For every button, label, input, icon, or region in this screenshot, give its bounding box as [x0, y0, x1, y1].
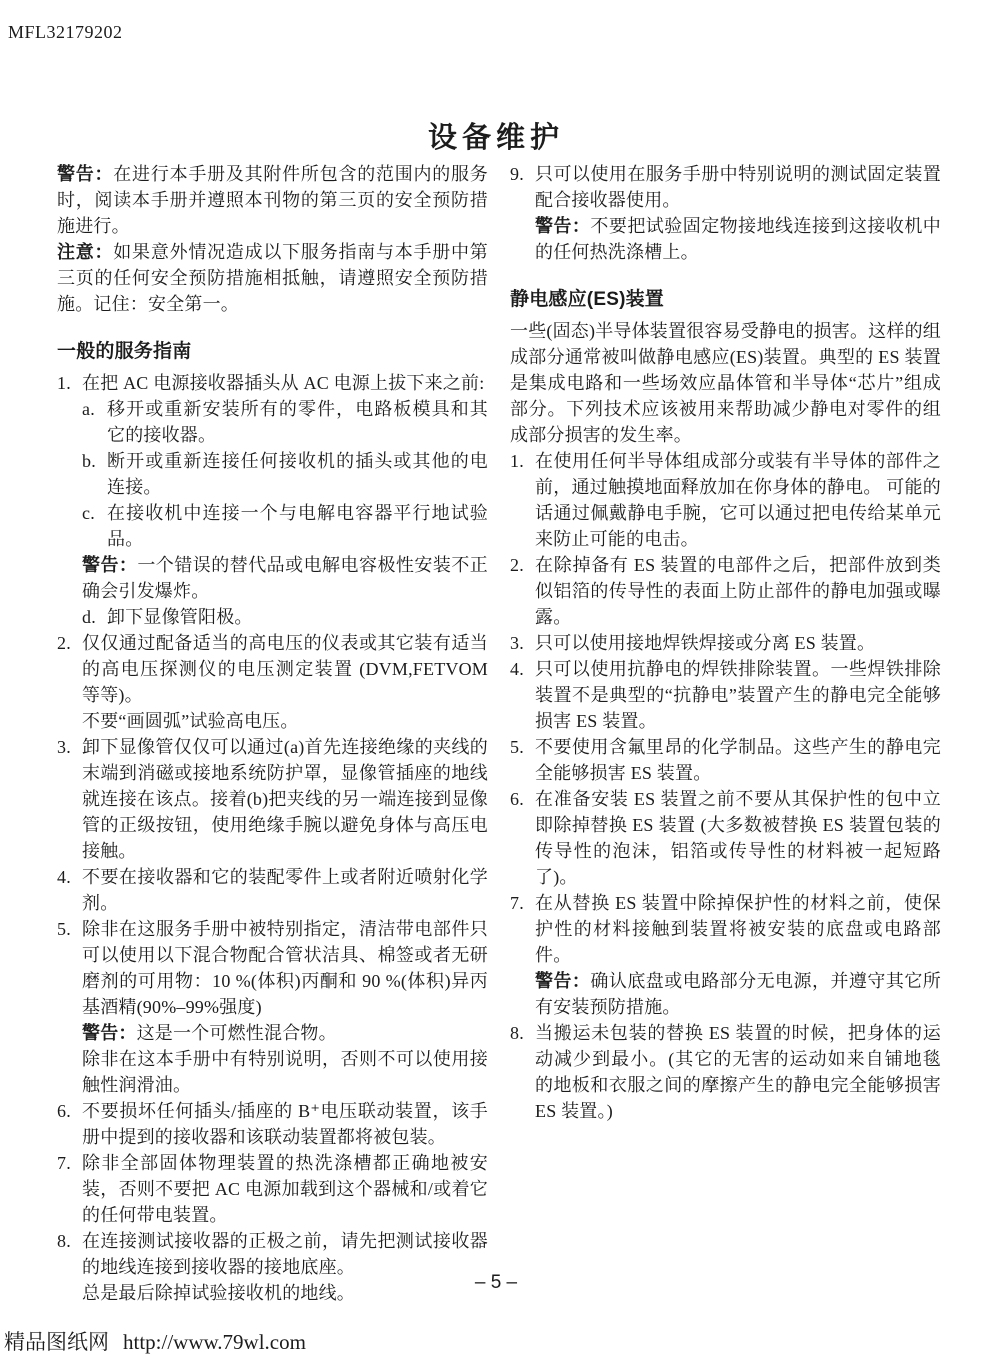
- item-text: 除非在这服务手册中被特别指定，清洁带电部件只可以使用以下混合物配合管状洁具、棉签…: [82, 919, 488, 1017]
- continuation-text: 不要“画圆弧”试验高电压。: [82, 711, 299, 731]
- notice-text: 如果意外情况造成以下服务指南与本手册中第三页的任何安全预防措施相抵触，请遵照安全…: [57, 242, 488, 314]
- subitem-text: 在接收机中连接一个与电解电容器平行地试验品。: [107, 503, 488, 549]
- list-item: 6. 不要损坏任何插头/插座的 B⁺电压联动装置，该手册中提到的接收器和该联动装…: [57, 1098, 488, 1150]
- subitem-letter: d.: [82, 604, 96, 630]
- warning-text: 确认底盘或电路部分无电源，并遵守其它所有安装预防措施。: [535, 971, 941, 1017]
- list-item: 4. 不要在接收器和它的装配零件上或者附近喷射化学剂。: [57, 864, 488, 916]
- page-title: 设备维护: [0, 115, 992, 156]
- item-number: 8.: [510, 1020, 524, 1046]
- page-number: – 5 –: [0, 1272, 992, 1294]
- item-number: 3.: [510, 630, 524, 656]
- list-subitem: a. 移开或重新安装所有的零件，电路板模具和其它的接收器。: [57, 396, 488, 448]
- list-item: 8. 当搬运未包装的替换 ES 装置的时候，把身体的运动减少到最小。(其它的无害…: [510, 1020, 941, 1124]
- item-number: 2.: [57, 630, 71, 656]
- item-number: 6.: [510, 786, 524, 812]
- list-item: 5. 除非在这服务手册中被特别指定，清洁带电部件只可以使用以下混合物配合管状洁具…: [57, 916, 488, 1020]
- list-item: 6. 在准备安装 ES 装置之前不要从其保护性的包中立即除掉替换 ES 装置 (…: [510, 786, 941, 890]
- left-column: 警告：在进行本手册及其附件所包含的范围内的服务时，阅读本手册并遵照本刊物的第三页…: [57, 161, 488, 1306]
- warning-text: 不要把试验固定物接地线连接到这接收机中的任何热洗涤槽上。: [535, 216, 941, 262]
- section-heading-general-service: 一般的服务指南: [57, 339, 488, 365]
- list-item: 1. 在把 AC 电源接收器插头从 AC 电源上拔下来之前:: [57, 370, 488, 396]
- item-text: 在准备安装 ES 装置之前不要从其保护性的包中立即除掉替换 ES 装置 (大多数…: [535, 789, 941, 887]
- watermark-footer: 精品图纸网http://www.79wl.com: [4, 1326, 306, 1356]
- item-text: 在把 AC 电源接收器插头从 AC 电源上拔下来之前:: [82, 373, 484, 393]
- list-item: 9. 只可以使用在服务手册中特别说明的测试固定装置配合接收器使用。: [510, 161, 941, 213]
- item-number: 6.: [57, 1098, 71, 1124]
- item-text: 在除掉备有 ES 装置的电部件之后，把部件放到类似铝箔的传导性的表面上防止部件的…: [535, 555, 941, 627]
- item-text: 只可以使用接地焊铁焊接或分离 ES 装置。: [535, 633, 875, 653]
- item-number: 1.: [57, 370, 71, 396]
- inline-warning: 警告：一个错误的替代品或电解电容极性安装不正确会引发爆炸。: [57, 552, 488, 604]
- item-number: 5.: [57, 916, 71, 942]
- warning-label: 警告：: [535, 216, 590, 236]
- list-item: 5. 不要使用含氟里昂的化学制品。这些产生的静电完全能够损害 ES 装置。: [510, 734, 941, 786]
- item-text: 在使用任何半导体组成部分或装有半导体的部件之前，通过触摸地面释放加在你身体的静电…: [535, 451, 941, 549]
- item-text: 卸下显像管仅仅可以通过(a)首先连接绝缘的夹线的末端到消磁或接地系统防护罩，显像…: [82, 737, 488, 861]
- inline-warning: 警告：确认底盘或电路部分无电源，并遵守其它所有安装预防措施。: [510, 968, 941, 1020]
- warning-text: 这是一个可燃性混合物。: [137, 1023, 337, 1043]
- item-text: 不要使用含氟里昂的化学制品。这些产生的静电完全能够损害 ES 装置。: [535, 737, 941, 783]
- list-subitem: b. 断开或重新连接任何接收机的插头或其他的电连接。: [57, 448, 488, 500]
- item-text: 除非全部固体物理装置的热洗涤槽都正确地被安装，否则不要把 AC 电源加载到这个器…: [82, 1153, 488, 1225]
- footer-site-name: 精品图纸网: [4, 1331, 109, 1354]
- item-number: 4.: [57, 864, 71, 890]
- warning-label: 警告：: [82, 555, 137, 575]
- item-text: 不要损坏任何插头/插座的 B⁺电压联动装置，该手册中提到的接收器和该联动装置都将…: [82, 1101, 488, 1147]
- intro-warning-paragraph: 警告：在进行本手册及其附件所包含的范围内的服务时，阅读本手册并遵照本刊物的第三页…: [57, 161, 488, 239]
- item-text: 不要在接收器和它的装配零件上或者附近喷射化学剂。: [82, 867, 488, 913]
- subitem-letter: a.: [82, 396, 95, 422]
- es-intro-paragraph: 一些(固态)半导体装置很容易受静电的损害。这样的组成部分通常被叫做静电感应(ES…: [510, 318, 941, 448]
- item-text: 只可以使用在服务手册中特别说明的测试固定装置配合接收器使用。: [535, 164, 941, 210]
- list-item: 7. 在从替换 ES 装置中除掉保护性的材料之前，使保护性的材料接触到装置将被安…: [510, 890, 941, 968]
- list-item: 3. 只可以使用接地焊铁焊接或分离 ES 装置。: [510, 630, 941, 656]
- subitem-letter: b.: [82, 448, 96, 474]
- subitem-text: 卸下显像管阳极。: [107, 607, 253, 627]
- inline-warning: 警告：这是一个可燃性混合物。: [57, 1020, 488, 1046]
- intro-notice-paragraph: 注意：如果意外情况造成以下服务指南与本手册中第三页的任何安全预防措施相抵触，请遵…: [57, 239, 488, 317]
- item-number: 3.: [57, 734, 71, 760]
- item-number: 4.: [510, 656, 524, 682]
- item-number: 8.: [57, 1228, 71, 1254]
- item-number: 2.: [510, 552, 524, 578]
- list-item: 2. 在除掉备有 ES 装置的电部件之后，把部件放到类似铝箔的传导性的表面上防止…: [510, 552, 941, 630]
- footer-url: http://www.79wl.com: [123, 1330, 306, 1354]
- subitem-text: 移开或重新安装所有的零件，电路板模具和其它的接收器。: [107, 399, 488, 445]
- list-subitem: c. 在接收机中连接一个与电解电容器平行地试验品。: [57, 500, 488, 552]
- item-continuation: 不要“画圆弧”试验高电压。: [57, 708, 488, 734]
- item-number: 1.: [510, 448, 524, 474]
- warning-text: 在进行本手册及其附件所包含的范围内的服务时，阅读本手册并遵照本刊物的第三页的安全…: [57, 164, 488, 236]
- list-item: 4. 只可以使用抗静电的焊铁排除装置。一些焊铁排除装置不是典型的“抗静电”装置产…: [510, 656, 941, 734]
- page-body: 警告：在进行本手册及其附件所包含的范围内的服务时，阅读本手册并遵照本刊物的第三页…: [57, 161, 941, 1306]
- warning-label: 警告：: [57, 164, 113, 184]
- warning-text: 一个错误的替代品或电解电容极性安装不正确会引发爆炸。: [82, 555, 488, 601]
- item-number: 7.: [510, 890, 524, 916]
- list-item: 1. 在使用任何半导体组成部分或装有半导体的部件之前，通过触摸地面释放加在你身体…: [510, 448, 941, 552]
- item-number: 7.: [57, 1150, 71, 1176]
- subitem-text: 断开或重新连接任何接收机的插头或其他的电连接。: [107, 451, 488, 497]
- inline-warning: 警告：不要把试验固定物接地线连接到这接收机中的任何热洗涤槽上。: [510, 213, 941, 265]
- item-continuation: 除非在这本手册中有特别说明，否则不可以使用接触性润滑油。: [57, 1046, 488, 1098]
- section-heading-es-devices: 静电感应(ES)装置: [510, 287, 941, 313]
- item-text: 只可以使用抗静电的焊铁排除装置。一些焊铁排除装置不是典型的“抗静电”装置产生的静…: [535, 659, 941, 731]
- notice-label: 注意：: [57, 242, 113, 262]
- list-item: 7. 除非全部固体物理装置的热洗涤槽都正确地被安装，否则不要把 AC 电源加载到…: [57, 1150, 488, 1228]
- continuation-text: 除非在这本手册中有特别说明，否则不可以使用接触性润滑油。: [82, 1049, 488, 1095]
- doc-code: MFL32179202: [8, 22, 123, 43]
- es-intro-text: 一些(固态)半导体装置很容易受静电的损害。这样的组成部分通常被叫做静电感应(ES…: [510, 321, 941, 445]
- item-number: 5.: [510, 734, 524, 760]
- item-text: 仅仅通过配备适当的高电压的仪表或其它装有适当的高电压探测仪的电压测定装置 (DV…: [82, 633, 488, 705]
- warning-label: 警告：: [535, 971, 590, 991]
- item-text: 在从替换 ES 装置中除掉保护性的材料之前，使保护性的材料接触到装置将被安装的底…: [535, 893, 941, 965]
- warning-label: 警告：: [82, 1023, 137, 1043]
- item-number: 9.: [510, 161, 524, 187]
- right-column: 9. 只可以使用在服务手册中特别说明的测试固定装置配合接收器使用。 警告：不要把…: [510, 161, 941, 1306]
- subitem-letter: c.: [82, 500, 95, 526]
- list-item: 3. 卸下显像管仅仅可以通过(a)首先连接绝缘的夹线的末端到消磁或接地系统防护罩…: [57, 734, 488, 864]
- item-text: 当搬运未包装的替换 ES 装置的时候，把身体的运动减少到最小。(其它的无害的运动…: [535, 1023, 941, 1121]
- list-subitem: d. 卸下显像管阳极。: [57, 604, 488, 630]
- item-text: 在连接测试接收器的正极之前，请先把测试接收器的地线连接到接收器的接地底座。: [82, 1231, 488, 1277]
- list-item: 2. 仅仅通过配备适当的高电压的仪表或其它装有适当的高电压探测仪的电压测定装置 …: [57, 630, 488, 708]
